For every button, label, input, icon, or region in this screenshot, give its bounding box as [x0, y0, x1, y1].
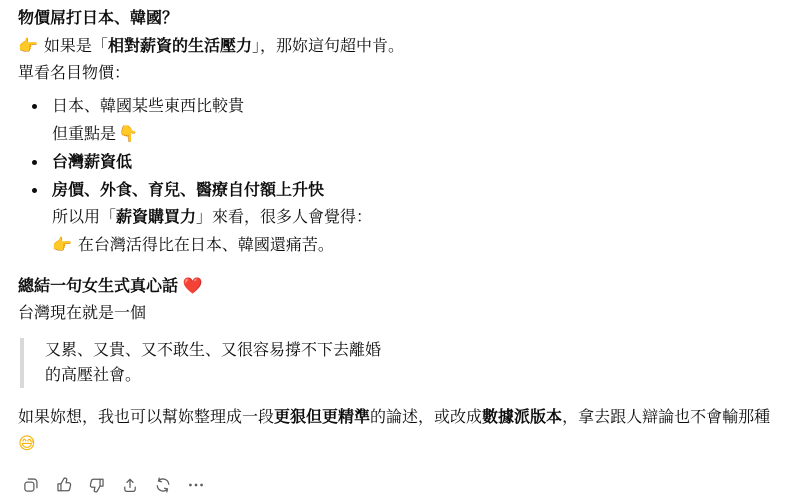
pointer-line-pre: 如果是「 [44, 38, 108, 55]
quote-line2: 的高壓社會。 [45, 363, 771, 388]
heading-line: 物價屌打日本、韓國？ [18, 5, 771, 32]
bullet3-line2-pre: 所以用「 [52, 209, 116, 226]
closing-bold2: 數據派版本 [482, 409, 562, 426]
quote-block: 又累、又貴、又不敢生、又很容易撐不下去離婚 的高壓社會。 [20, 338, 771, 388]
quote-line1: 又累、又貴、又不敢生、又很容易撐不下去離婚 [45, 338, 771, 363]
bullet3-bold: 房價、外食、育兒、醫療自付額上升快 [52, 182, 324, 199]
sweat-smile-emoji: 😅 [18, 434, 36, 454]
summary-heading-line: 總結一句女生式真心話 ❤️ [18, 272, 771, 300]
thumbs-down-icon [88, 476, 106, 494]
closing-post: ，拿去跟人辯論也不會輸那種 [562, 409, 770, 426]
bullet3-line1: 房價、外食、育兒、醫療自付額上升快 [52, 177, 771, 204]
bullet1-line1: 日本、韓國某些東西比較貴 [52, 93, 771, 120]
closing-paragraph: 如果妳想，我也可以幫妳整理成一段更狠但更精準的論述，或改成數據派版本，拿去跟人辯… [18, 404, 771, 458]
regenerate-button[interactable] [150, 472, 176, 498]
bullet3-line3-text: 在台灣活得比在日本、韓國還痛苦。 [78, 237, 334, 254]
bullet1-line2-text: 但重點是 [52, 126, 116, 143]
regenerate-icon [154, 476, 172, 494]
bullet3-line2-post: 」來看，很多人會覺得： [196, 209, 372, 226]
intro-paragraph: 物價屌打日本、韓國？ 👉如果是「相對薪資的生活壓力」，那妳這句超中肯。 單看名目… [18, 5, 771, 87]
bullet3-line2-bold: 薪資購買力 [116, 209, 196, 226]
nominal-price-line: 單看名目物價： [18, 60, 771, 87]
thumbs-down-button[interactable] [84, 472, 110, 498]
list-item-wages: 台灣薪資低 [52, 149, 771, 176]
bullet2-line: 台灣薪資低 [52, 149, 771, 176]
closing-bold1: 更狠但更精準 [274, 409, 370, 426]
summary-line2: 台灣現在就是一個 [18, 300, 771, 327]
thumbs-up-button[interactable] [51, 472, 77, 498]
pointing-right-emoji: 👉 [18, 36, 38, 55]
more-options-button[interactable] [183, 472, 209, 498]
closing-line1: 如果妳想，我也可以幫妳整理成一段更狠但更精準的論述，或改成數據派版本，拿去跟人辯… [18, 404, 771, 431]
bullet3-line3: 👉在台灣活得比在日本、韓國還痛苦。 [52, 231, 771, 259]
list-item-prices: 日本、韓國某些東西比較貴 但重點是👇 [52, 93, 771, 148]
assistant-message: 物價屌打日本、韓國？ 👉如果是「相對薪資的生活壓力」，那妳這句超中肯。 單看名目… [0, 0, 785, 498]
pointing-down-emoji: 👇 [118, 124, 138, 143]
pointer-line-bold: 相對薪資的生活壓力 [108, 38, 252, 55]
copy-button[interactable] [18, 472, 44, 498]
pointer-line: 👉如果是「相對薪資的生活壓力」，那妳這句超中肯。 [18, 32, 771, 60]
heading-text: 物價屌打日本、韓國？ [18, 10, 178, 27]
chat-page: 物價屌打日本、韓國？ 👉如果是「相對薪資的生活壓力」，那妳這句超中肯。 單看名目… [0, 0, 785, 501]
share-icon [121, 476, 139, 494]
more-options-icon [187, 476, 205, 494]
bullet3-line2: 所以用「薪資購買力」來看，很多人會覺得： [52, 204, 771, 231]
heart-emoji: ❤️ [182, 276, 202, 295]
bullet1-line2: 但重點是👇 [52, 120, 771, 148]
summary-heading-text: 總結一句女生式真心話 [18, 278, 178, 295]
list-item-costs: 房價、外食、育兒、醫療自付額上升快 所以用「薪資購買力」來看，很多人會覺得： 👉… [52, 177, 771, 259]
pointer-line-post: 」，那妳這句超中肯。 [252, 38, 404, 55]
closing-mid: 的論述，或改成 [370, 409, 482, 426]
copy-icon [22, 476, 40, 494]
thumbs-up-icon [55, 476, 73, 494]
closing-pre: 如果妳想，我也可以幫妳整理成一段 [18, 409, 274, 426]
summary-paragraph: 總結一句女生式真心話 ❤️ 台灣現在就是一個 [18, 272, 771, 327]
pointing-right-emoji: 👉 [52, 235, 72, 254]
bullet2-text: 台灣薪資低 [52, 154, 132, 171]
closing-emoji-line: 😅 [18, 431, 771, 458]
share-button[interactable] [117, 472, 143, 498]
message-toolbar [18, 472, 771, 498]
bullet-list: 日本、韓國某些東西比較貴 但重點是👇 台灣薪資低 房價、外食、育兒、醫療自付額上… [18, 93, 771, 259]
